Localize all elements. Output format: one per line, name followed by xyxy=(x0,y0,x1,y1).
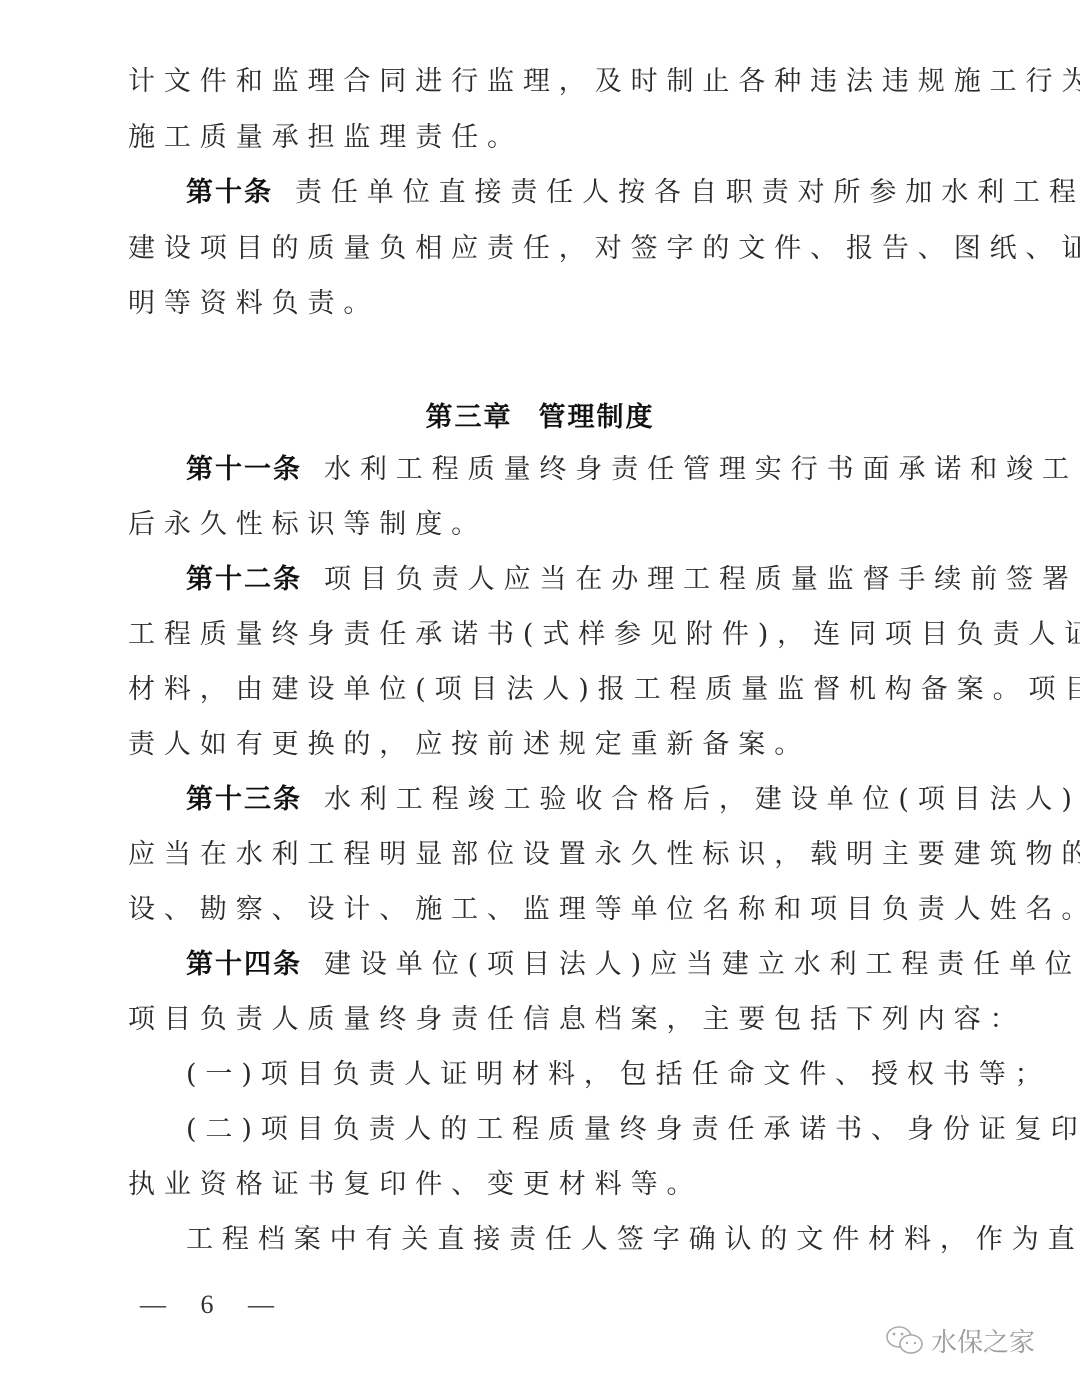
text-line: 后永久性标识等制度。 xyxy=(128,505,954,545)
text-line: 工程质量终身责任承诺书(式样参见附件)，连同项目负责人证明 xyxy=(128,615,954,655)
chapter-title: 管理制度 xyxy=(539,402,655,433)
chapter-heading: 第三章管理制度 xyxy=(0,398,1080,438)
text-line: 明等资料负责。 xyxy=(128,284,954,324)
article-text: 责任单位直接责任人按各自职责对所参加水利工程 xyxy=(295,177,1080,208)
article-number: 第十三条 xyxy=(186,784,302,815)
article-12: 第十二条项目负责人应当在办理工程质量监督手续前签署 xyxy=(186,560,954,600)
watermark: 水保之家 xyxy=(885,1322,1035,1359)
chapter-number: 第三章 xyxy=(426,402,513,433)
article-13: 第十三条水利工程竣工验收合格后，建设单位(项目法人) xyxy=(186,780,954,820)
article-number: 第十四条 xyxy=(186,949,302,980)
article-text: 水利工程质量终身责任管理实行书面承诺和竣工 xyxy=(324,454,1078,485)
article-number: 第十一条 xyxy=(186,454,302,485)
text-line: 建设项目的质量负相应责任，对签字的文件、报告、图纸、证书、证 xyxy=(128,229,954,269)
text-line: 工程档案中有关直接责任人签字确认的文件材料，作为直接 xyxy=(186,1220,954,1260)
article-text: 建设单位(项目法人)应当建立水利工程责任单位 xyxy=(324,949,1080,980)
text-line: 材料，由建设单位(项目法人)报工程质量监督机构备案。项目负 xyxy=(128,670,954,710)
watermark-label: 水保之家 xyxy=(931,1322,1035,1359)
article-14: 第十四条建设单位(项目法人)应当建立水利工程责任单位 xyxy=(186,945,954,985)
article-number: 第十二条 xyxy=(186,564,302,595)
list-item: (一)项目负责人证明材料，包括任命文件、授权书等； xyxy=(186,1055,954,1095)
text-line: 计文件和监理合同进行监理，及时制止各种违法违规施工行为，对 xyxy=(128,62,954,102)
article-number: 第十条 xyxy=(186,177,273,208)
article-text: 水利工程竣工验收合格后，建设单位(项目法人) xyxy=(324,784,1080,815)
article-11: 第十一条水利工程质量终身责任管理实行书面承诺和竣工 xyxy=(186,450,954,490)
wechat-icon xyxy=(885,1324,925,1358)
text-line: 责人如有更换的，应按前述规定重新备案。 xyxy=(128,725,954,765)
text-line: 执业资格证书复印件、变更材料等。 xyxy=(128,1165,954,1205)
text-line: 项目负责人质量终身责任信息档案，主要包括下列内容： xyxy=(128,1000,954,1040)
article-text: 项目负责人应当在办理工程质量监督手续前签署 xyxy=(324,564,1078,595)
page-number: — 6 — xyxy=(140,1290,288,1320)
list-item: (二)项目负责人的工程质量终身责任承诺书、身份证复印件、 xyxy=(186,1110,954,1150)
text-line: 应当在水利工程明显部位设置永久性标识，载明主要建筑物的建 xyxy=(128,835,954,875)
text-line: 施工质量承担监理责任。 xyxy=(128,118,954,158)
article-10: 第十条责任单位直接责任人按各自职责对所参加水利工程 xyxy=(186,173,954,213)
text-line: 设、勘察、设计、施工、监理等单位名称和项目负责人姓名。 xyxy=(128,890,954,930)
